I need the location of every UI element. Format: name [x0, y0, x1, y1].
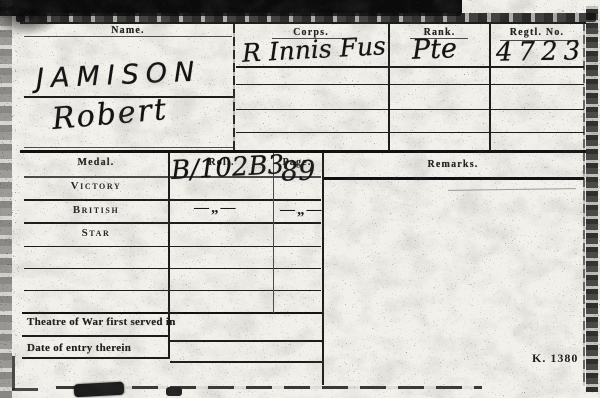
column-divider: [489, 24, 491, 151]
forename-handwriting: Robert: [51, 95, 169, 135]
card-top-rule: [20, 22, 586, 24]
divider: [24, 222, 321, 224]
scan-corner-mark: [12, 388, 38, 391]
divider: [236, 84, 584, 85]
page-value-handwriting: 89: [281, 157, 316, 185]
divider: [24, 147, 233, 148]
scan-smudge: [166, 387, 182, 396]
remarks-header: Remarks.: [322, 159, 584, 170]
divider: [236, 109, 584, 110]
date-of-entry-label: Date of entry therein: [27, 342, 131, 354]
form-number: K. 1380: [532, 351, 578, 366]
regtl-no-value: 4723: [496, 38, 587, 66]
divider: [22, 335, 168, 337]
scan-smudge: [74, 382, 125, 398]
divider: [170, 361, 322, 363]
pencil-line: [448, 188, 576, 191]
medal-row-label: British: [24, 204, 168, 216]
section-divider: [20, 150, 586, 153]
divider: [24, 290, 321, 291]
column-divider: [233, 24, 235, 151]
column-divider: [388, 24, 390, 151]
surname-handwriting: JAMISON: [35, 58, 201, 92]
column-divider: [322, 152, 324, 385]
divider: [170, 340, 322, 342]
scan-left-edge-noise: [0, 0, 12, 398]
roll-value-handwriting: B/102B3: [170, 152, 284, 184]
divider: [24, 36, 232, 37]
divider: [22, 312, 322, 314]
divider: [24, 246, 321, 247]
rank-value: Pte: [412, 35, 458, 64]
card-right-rule: [583, 22, 585, 386]
scan-corner-mark: [12, 356, 15, 390]
theatre-of-war-label: Theatre of War first served in: [27, 316, 176, 328]
medal-header: Medal.: [24, 157, 168, 168]
roll-ditto-mark: —„—: [194, 200, 238, 217]
column-divider: [168, 153, 170, 313]
medal-index-card-scan: Name. Corps. Rank. Regtl. No. Medal. Rol…: [0, 0, 600, 398]
medal-row-label: Star: [24, 227, 168, 239]
remarks-underline: [323, 177, 584, 180]
medal-row-label: Victory: [24, 180, 168, 192]
divider: [24, 268, 321, 269]
divider: [22, 357, 168, 359]
card-top-edge: [16, 13, 596, 22]
divider: [24, 199, 321, 201]
divider: [236, 132, 584, 133]
scan-right-edge-noise: [586, 6, 598, 392]
name-header: Name.: [24, 25, 232, 36]
corps-value: R Innis Fus: [241, 33, 386, 65]
page-ditto-mark: —„—: [280, 202, 324, 219]
